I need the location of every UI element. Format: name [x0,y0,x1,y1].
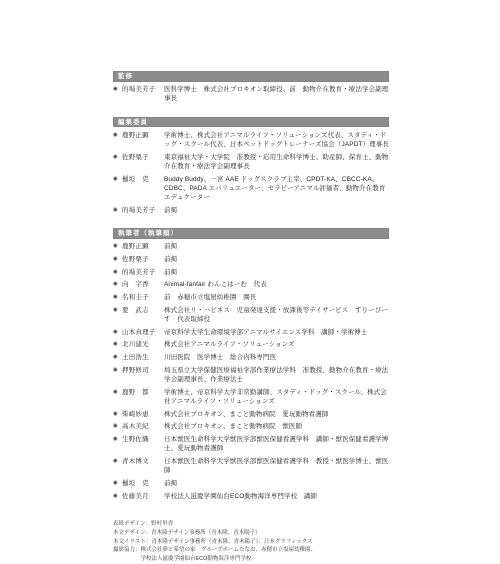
bullet-icon: ◉ [113,268,122,277]
bullet-icon: ◉ [113,328,122,337]
bullet-icon: ◉ [113,85,122,94]
contributor-desc: 株式会社アニマルライフ・ソリューションズ [164,340,389,349]
contributor-row: ◉ 北川建光 株式会社アニマルライフ・ソリューションズ [113,340,389,349]
contributor-desc: 学術博士、帝京科学大学非常勤講師、スタディ・ドッグ・スクール、株式会社アニマルラ… [164,388,389,406]
contributor-name: 鹿野 都 [122,388,164,397]
bullet-icon: ◉ [113,153,122,162]
contributor-row: ◉ 的場美芳子 医科学博士 株式会社プロキオン取締役、前 動物介在教育・療法学会… [113,85,389,103]
bullet-icon: ◉ [113,175,122,184]
contributor-desc: 東京福祉大学・大学院 准教授・応用生命科学博士、助産師、保育士、動物介在教育・療… [164,153,389,171]
contributor-row: ◉ 的場美芳子 前掲 [113,206,389,215]
contributor-desc: 埼玉県立大学保健医療福祉学部作業療法学科 准教授、動物介在教育・療法学会副理事長… [164,366,389,384]
bullet-icon: ◉ [113,492,122,501]
bullet-icon: ◉ [113,206,122,215]
contributor-name: 山本真理子 [122,328,164,337]
bullet-icon: ◉ [113,340,122,349]
section-authors: 執筆者（執筆順） ◉ 鹿野正顕 前掲 ◉ 佐野栗子 前掲 ◉ 的場美芳子 前掲 … [113,228,389,501]
contributor-name: 佐野栗子 [122,153,164,162]
contributor-desc: 医科学博士 株式会社プロキオン取締役、前 動物介在教育・療法学会副理事長 [164,85,389,103]
contributor-desc: 帝京科学大学生命環境学部アニマルサイエンス学科 講師・学術博士 [164,328,389,337]
contributor-name: 樋垣 克 [122,479,164,488]
bullet-icon: ◉ [113,479,122,488]
bullet-icon: ◉ [113,457,122,466]
contributor-row: ◉ 柴崎妙恵 株式会社プロキオン、まこと動物病院 愛玩動物看護師 [113,410,389,419]
contributor-name: 樋垣 克 [122,175,164,184]
contributor-row: ◉ 要 武志 株式会社リ・ハピネス 児童発達支援・放課後等デイサービス すりーぴ… [113,306,389,324]
credit-line-cover-design: 表紙デザイン：野村里香 [113,520,389,529]
contributor-row: ◉ 鹿野正顕 前掲 [113,242,389,251]
contributor-name: 柴崎妙恵 [122,410,164,419]
bullet-icon: ◉ [113,388,122,397]
contributor-desc: Buddy Buddy、一宮 AAE ドッグスクラブ主宰、CPDT-KA、CBC… [164,175,389,203]
contributor-name: 的場美芳子 [122,206,164,215]
bullet-icon: ◉ [113,131,122,140]
contributor-desc: 株式会社リ・ハピネス 児童発達支援・放課後等デイサービス すりーぴーす 代表取締… [164,306,389,324]
bullet-icon: ◉ [113,435,122,444]
section-header-editorial: 編集委員 [113,117,389,128]
contributor-name: 押野修司 [122,366,164,375]
contributor-name: 青木博文 [122,457,164,466]
contributor-name: 佐野栗子 [122,255,164,264]
colophon-page: 監修 ◉ 的場美芳子 医科学博士 株式会社プロキオン取締役、前 動物介在教育・療… [113,71,389,564]
bullet-icon: ◉ [113,353,122,362]
contributor-row: ◉ 佐野栗子 東京福祉大学・大学院 准教授・応用生命科学博士、助産師、保育士、動… [113,153,389,171]
contributor-desc: 株式会社プロキオン、まこと動物病院 愛玩動物看護師 [164,410,389,419]
contributor-name: 要 武志 [122,306,164,315]
bullet-icon: ◉ [113,366,122,375]
credit-line-photo-cooperation-cont: 学校法人滋慶学園仙台ECO動物海洋専門学校 [113,555,389,564]
bullet-icon: ◉ [113,422,122,431]
contributor-desc: 前掲 [164,255,389,264]
contributor-row: ◉ 的場美芳子 前掲 [113,268,389,277]
contributor-name: 名和圭子 [122,293,164,302]
contributor-desc: 前 赤穂市立塩屋幼稚園 園長 [164,293,389,302]
section-editorial-committee: 編集委員 ◉ 鹿野正顕 学術博士、株式会社アニマルライフ・ソリューションズ代表、… [113,117,389,215]
contributor-desc: Animal-fanfair わんこはーむ 代表 [164,280,389,289]
contributor-name: 鹿野正顕 [122,131,164,140]
contributor-name: 向 宇香 [122,280,164,289]
credit-line-text-design: 本文デザイン：青木隆デザイン事務所（青木隆、青木陽子） [113,529,389,538]
bullet-icon: ◉ [113,306,122,315]
contributor-name: 的場美芳子 [122,268,164,277]
contributor-desc: 日本獣医生命科学大学獣医学部獣医保健看護学科 講師・獣医保健看護学博士、愛玩動物… [164,435,389,453]
contributor-desc: 川田医院 医学博士 総合内科専門医 [164,353,389,362]
contributor-row: ◉ 鹿野 都 学術博士、帝京科学大学非常勤講師、スタディ・ドッグ・スクール、株式… [113,388,389,406]
bullet-icon: ◉ [113,255,122,264]
credit-line-illustration: 本文イラスト：青木隆デザイン事務所（青木隆、青木陽子）、日本グラフィックス [113,538,389,547]
contributor-row: ◉ 生野佐織 日本獣医生命科学大学獣医学部獣医保健看護学科 講師・獣医保健看護学… [113,435,389,453]
contributor-row: ◉ 向 宇香 Animal-fanfair わんこはーむ 代表 [113,280,389,289]
contributor-row: ◉ 樋垣 克 Buddy Buddy、一宮 AAE ドッグスクラブ主宰、CPDT… [113,175,389,203]
section-header-authors: 執筆者（執筆順） [113,228,389,239]
contributor-name: 北川建光 [122,340,164,349]
bullet-icon: ◉ [113,280,122,289]
contributor-desc: 前掲 [164,206,389,215]
contributor-row: ◉ 樋垣 克 前掲 [113,479,389,488]
bullet-icon: ◉ [113,410,122,419]
credit-line-photo-cooperation: 撮影協力：株式会社夢と希望の家 グループホームたなお、赤穂市立塩屋幼稚園、 [113,546,389,555]
contributor-name: 土田浩生 [122,353,164,362]
production-credits: 表紙デザイン：野村里香 本文デザイン：青木隆デザイン事務所（青木隆、青木陽子） … [113,520,389,564]
contributor-row: ◉ 名和圭子 前 赤穂市立塩屋幼稚園 園長 [113,293,389,302]
contributor-desc: 前掲 [164,479,389,488]
contributor-row: ◉ 押野修司 埼玉県立大学保健医療福祉学部作業療法学科 准教授、動物介在教育・療… [113,366,389,384]
contributor-desc: 前掲 [164,268,389,277]
contributor-desc: 前掲 [164,242,389,251]
contributor-desc: 日本獣医生命科学大学獣医学部獣医保健看護学科 教授・獣医学博士、獣医師 [164,457,389,475]
contributor-row: ◉ 高木美紀 株式会社プロキオン、まこと動物病院 獣医師 [113,422,389,431]
section-header-supervision: 監修 [113,71,389,82]
contributor-row: ◉ 山本真理子 帝京科学大学生命環境学部アニマルサイエンス学科 講師・学術博士 [113,328,389,337]
contributor-row: ◉ 佐野栗子 前掲 [113,255,389,264]
contributor-name: 的場美芳子 [122,85,164,94]
bullet-icon: ◉ [113,293,122,302]
contributor-row: ◉ 鹿野正顕 学術博士、株式会社アニマルライフ・ソリューションズ代表、スタディ・… [113,131,389,149]
contributor-row: ◉ 青木博文 日本獣医生命科学大学獣医学部獣医保健看護学科 教授・獣医学博士、獣… [113,457,389,475]
contributor-desc: 株式会社プロキオン、まこと動物病院 獣医師 [164,422,389,431]
contributor-row: ◉ 土田浩生 川田医院 医学博士 総合内科専門医 [113,353,389,362]
contributor-name: 生野佐織 [122,435,164,444]
contributor-name: 鹿野正顕 [122,242,164,251]
contributor-name: 高木美紀 [122,422,164,431]
bullet-icon: ◉ [113,242,122,251]
contributor-desc: 学術博士、株式会社アニマルライフ・ソリューションズ代表、スタディ・ドッグ・スクー… [164,131,389,149]
section-supervision: 監修 ◉ 的場美芳子 医科学博士 株式会社プロキオン取締役、前 動物介在教育・療… [113,71,389,104]
